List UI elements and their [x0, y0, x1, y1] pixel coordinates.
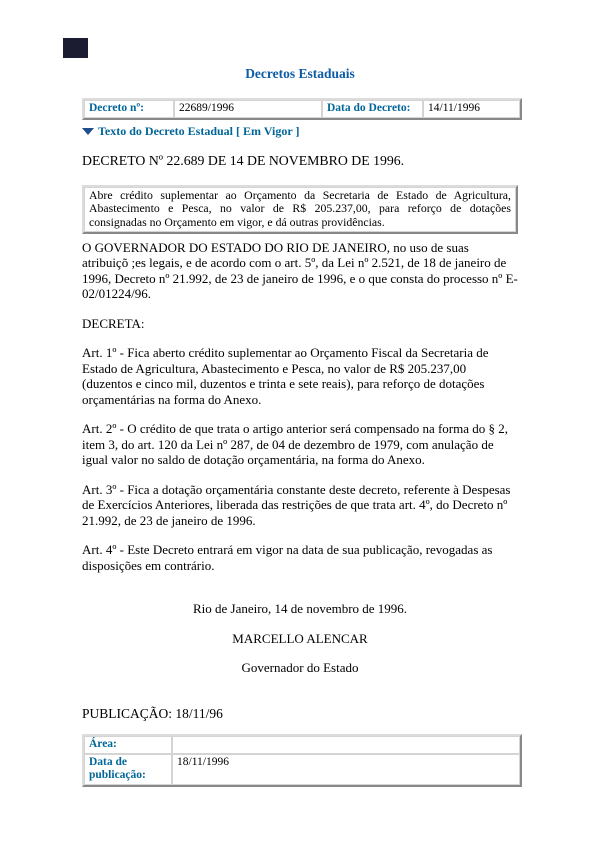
decree-article-2: Art. 2º - O crédito de que trata o artig… — [82, 421, 518, 468]
table-row: Data de publicação: 18/11/1996 — [84, 754, 520, 785]
decreto-date-label: Data do Decreto: — [322, 100, 423, 118]
place-date-line: Rio de Janeiro, 14 de novembro de 1996. — [82, 601, 518, 617]
decree-summary: Abre crédito suplementar ao Orçamento da… — [84, 187, 516, 232]
corner-mark — [63, 38, 88, 58]
publication-date-value: 18/11/1996 — [172, 754, 520, 785]
triangle-down-icon — [82, 128, 94, 135]
signature-name: MARCELLO ALENCAR — [82, 631, 518, 647]
decreto-date-value: 14/11/1996 — [423, 100, 520, 118]
decree-article-1: Art. 1º - Fica aberto crédito suplementa… — [82, 345, 518, 407]
decree-text-link[interactable]: Texto do Decreto Estadual [ Em Vigor ] — [82, 124, 299, 138]
decree-text-link-label: Texto do Decreto Estadual [ Em Vigor ] — [98, 124, 299, 138]
table-row: Área: — [84, 736, 520, 754]
document-body: Decretos Estaduais Decreto nº: 22689/199… — [82, 0, 518, 787]
area-label: Área: — [84, 736, 172, 754]
decree-summary-box: Abre crédito suplementar ao Orçamento da… — [82, 185, 518, 234]
decreto-number-label: Decreto nº: — [84, 100, 174, 118]
decree-article-4: Art. 4º - Este Decreto entrará em vigor … — [82, 542, 518, 573]
decreta-heading: DECRETA: — [82, 316, 518, 332]
page-title: Decretos Estaduais — [82, 0, 518, 82]
decree-heading: DECRETO Nº 22.689 DE 14 DE NOVEMBRO DE 1… — [82, 153, 518, 169]
area-value — [172, 736, 520, 754]
table-row: Decreto nº: 22689/1996 Data do Decreto: … — [84, 100, 520, 118]
footer-info-table: Área: Data de publicação: 18/11/1996 — [82, 734, 522, 787]
page: { "colors": { "title_blue": "#0e5ba8", "… — [0, 0, 595, 842]
publication-line: PUBLICAÇÃO: 18/11/96 — [82, 706, 518, 722]
decreto-number-value: 22689/1996 — [174, 100, 322, 118]
decree-article-3: Art. 3º - Fica a dotação orçamentária co… — [82, 482, 518, 529]
decree-meta-table: Decreto nº: 22689/1996 Data do Decreto: … — [82, 98, 522, 120]
signature-role: Governador do Estado — [82, 660, 518, 676]
publication-date-label: Data de publicação: — [84, 754, 172, 785]
decree-preamble: O GOVERNADOR DO ESTADO DO RIO DE JANEIRO… — [82, 240, 518, 302]
